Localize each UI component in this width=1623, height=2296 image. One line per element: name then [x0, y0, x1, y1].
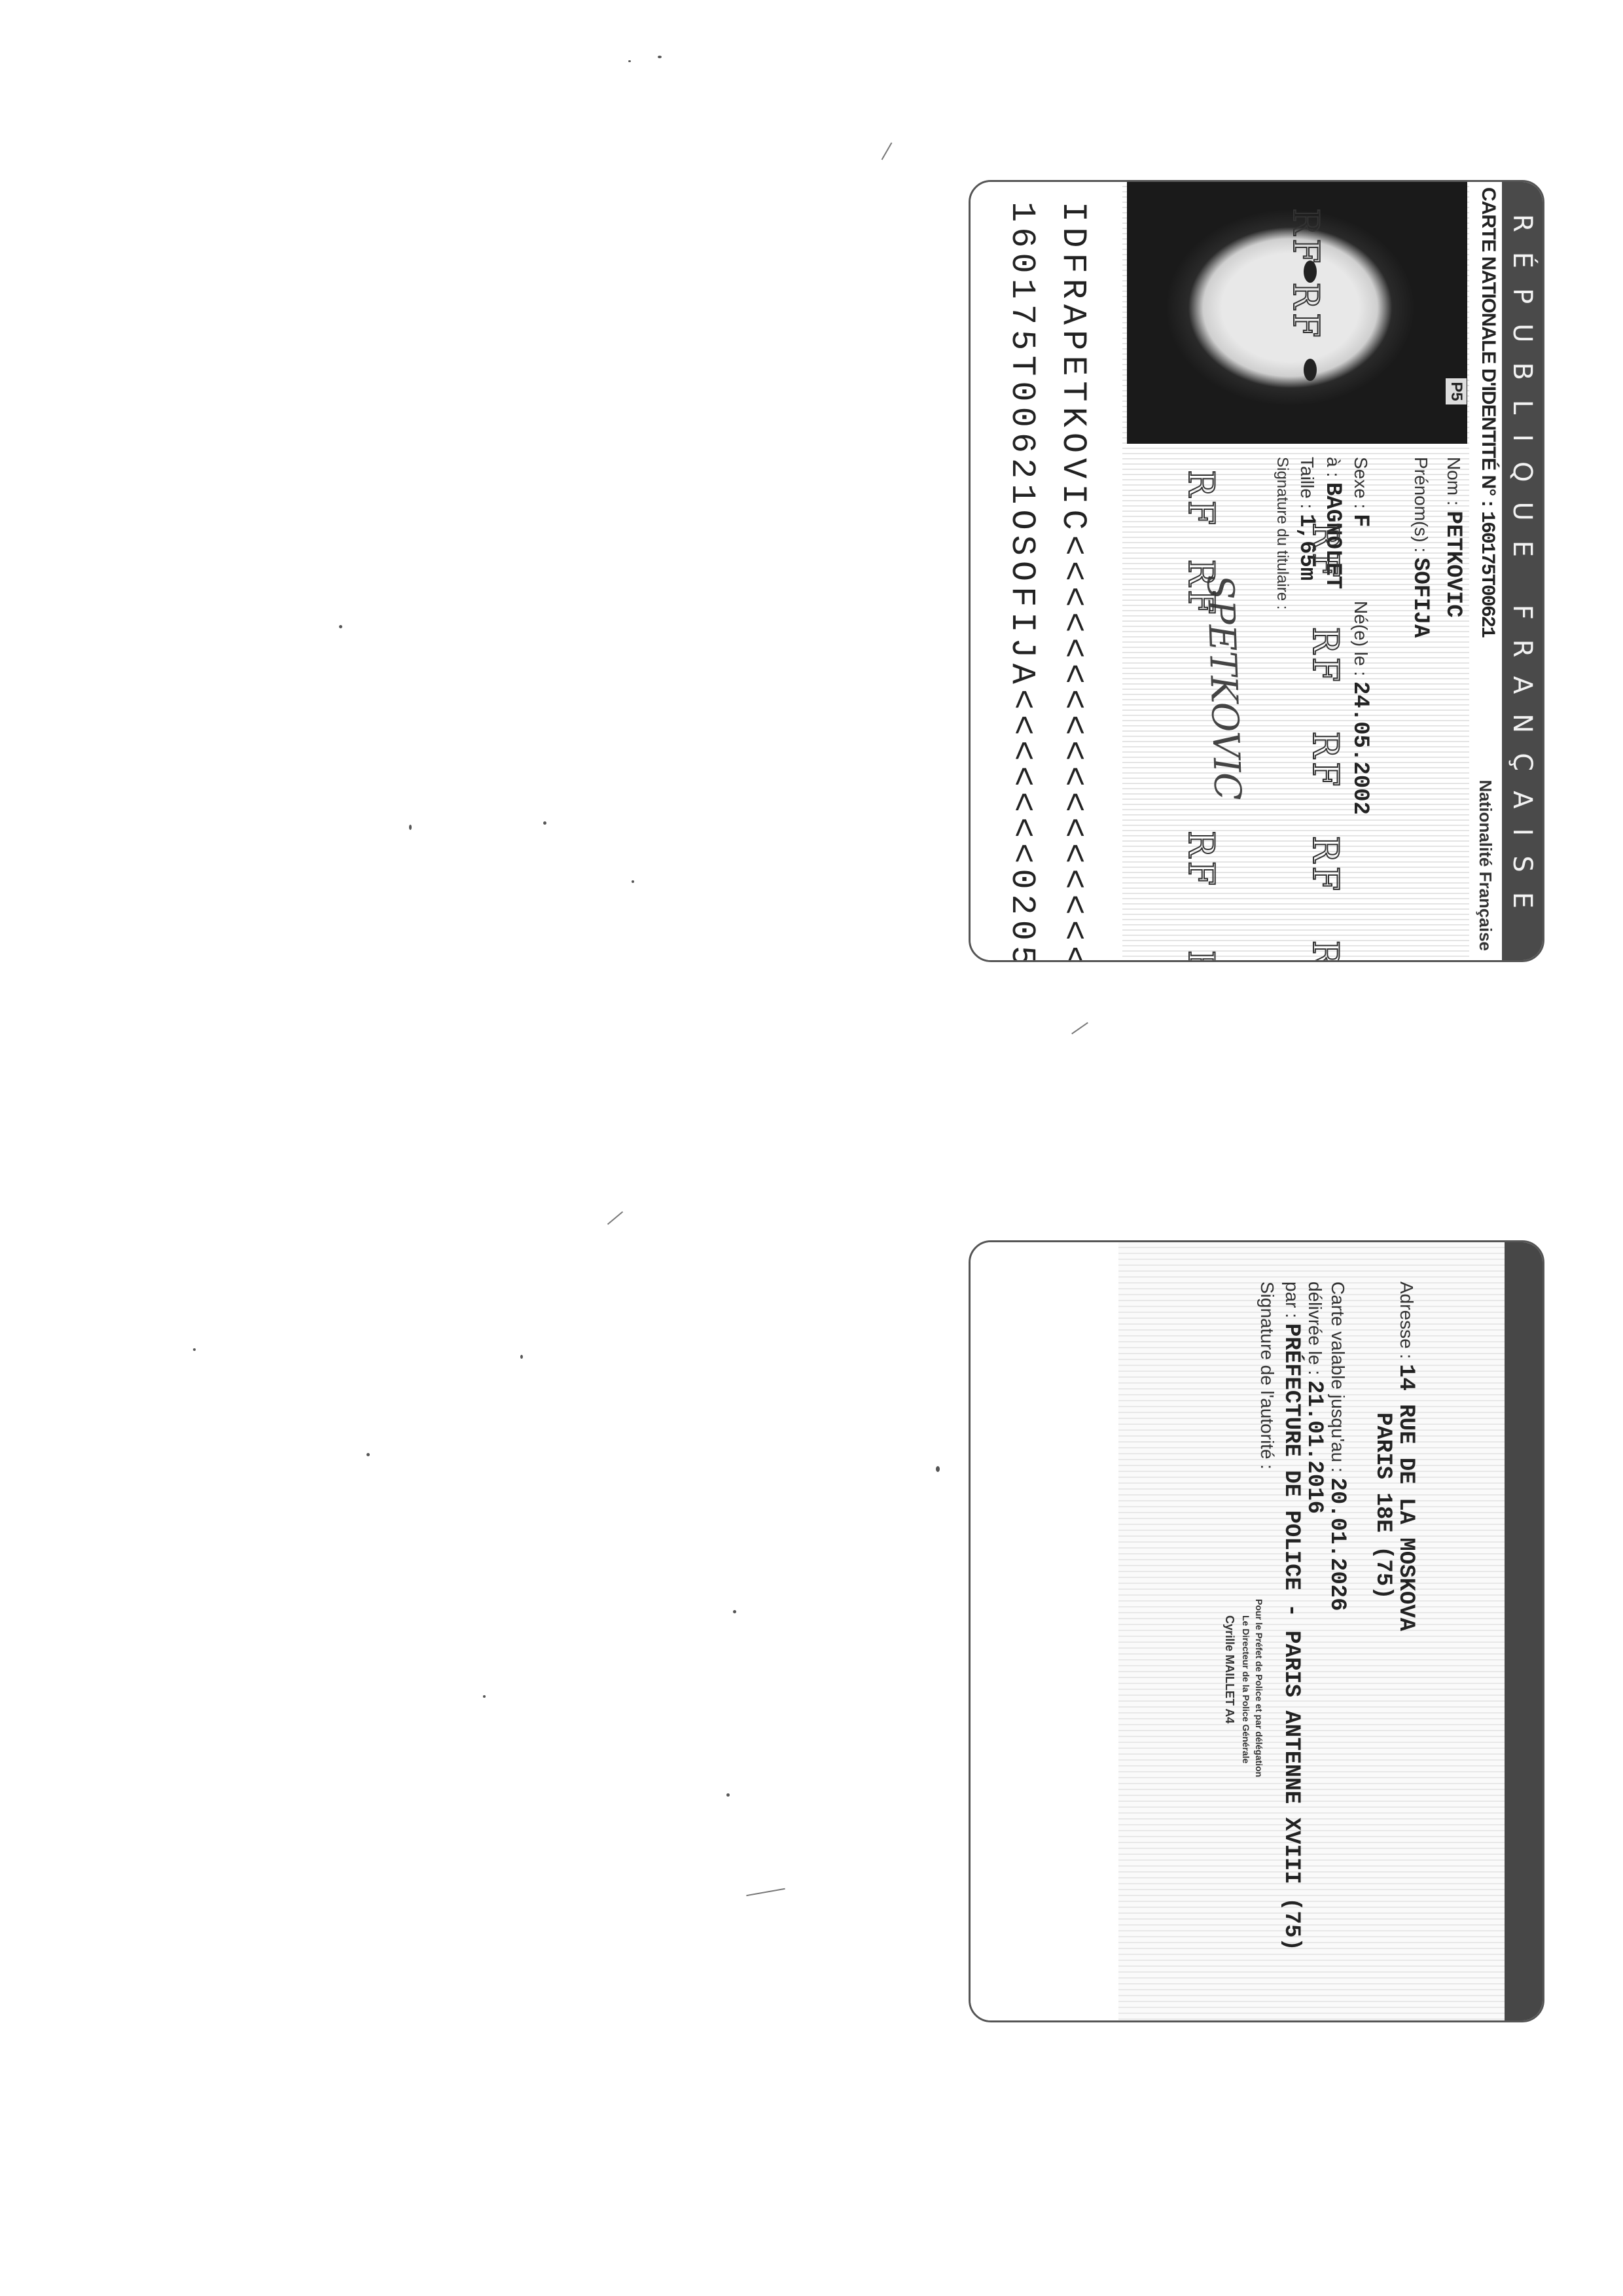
authority-note-1: Pour le Préfet de Police et par délégati… — [1254, 1599, 1264, 1777]
scan-speck — [339, 625, 342, 628]
id-card-front: RÉPUBLIQUE FRANÇAISE CARTE NATIONALE D'I… — [969, 180, 1544, 962]
scan-speck — [409, 825, 412, 830]
rf-watermark-row: RF RF RF RF — [1181, 470, 1222, 962]
scan-speck — [632, 880, 634, 883]
valid-until-label: Carte valable jusqu'au : — [1328, 1282, 1348, 1473]
given-names-label: Prénom(s) : — [1411, 457, 1431, 552]
scan-speck — [193, 1348, 196, 1351]
country-banner: RÉPUBLIQUE FRANÇAISE — [1502, 182, 1543, 960]
birth-date-value: 24.05.2002 — [1347, 681, 1372, 815]
blank-area — [971, 1242, 1118, 2020]
id-card-back-face: Adresse : 14 RUE DE LA MOSKOVA PARIS 18E… — [969, 1240, 1544, 2022]
authority-signature-label: Signature de l'autorité : — [1257, 1282, 1277, 1469]
scan-speck — [366, 1453, 370, 1456]
address-field: Adresse : 14 RUE DE LA MOSKOVA — [1393, 1282, 1418, 1631]
surname-value: PETKOVIC — [1440, 511, 1465, 617]
rf-watermark-row: RF RF RF RF RF — [1305, 522, 1346, 962]
valid-until-value: 20.01.2026 — [1325, 1478, 1349, 1611]
birth-date-field: Né(e) le : 24.05.2002 — [1347, 601, 1372, 815]
id-card-front-face: RÉPUBLIQUE FRANÇAISE CARTE NATIONALE D'I… — [969, 180, 1544, 962]
valid-until-field: Carte valable jusqu'au : 20.01.2026 — [1325, 1282, 1349, 1611]
address-line-1: 14 RUE DE LA MOSKOVA — [1393, 1364, 1418, 1631]
rf-watermark-photo: RF RF — [1285, 208, 1327, 341]
card-number: 160175T00621 — [1476, 511, 1498, 637]
mrz-line-1: IDFRAPETKOVIC<<<<<<<<<<<<<<<<<<<<<<75TQ0… — [1054, 202, 1092, 962]
scan-speck — [483, 1695, 486, 1698]
scan-mark — [746, 1888, 785, 1896]
scan-speck — [543, 821, 546, 825]
birth-date-label: Né(e) le : — [1351, 601, 1371, 676]
machine-readable-zone: IDFRAPETKOVIC<<<<<<<<<<<<<<<<<<<<<<75TQ0… — [971, 182, 1118, 960]
scan-speck — [658, 56, 662, 58]
photo-eye — [1304, 359, 1317, 381]
scan-speck — [733, 1610, 736, 1613]
mrz-line-2: 160175T00621OSOFIJA<<<<<<<0205241F5 — [1003, 202, 1041, 962]
given-names-field: Prénom(s) : SOFIJA — [1408, 457, 1433, 637]
id-card-back: Adresse : 14 RUE DE LA MOSKOVA PARIS 18E… — [969, 1240, 1544, 2022]
issued-on-value: 21.01.2016 — [1302, 1380, 1327, 1514]
sex-label: Sexe : — [1351, 457, 1371, 509]
scan-mark — [882, 143, 893, 160]
signature-label: Signature du titulaire : — [1273, 457, 1291, 609]
authority-name: Cyrille MAILLET A4 — [1222, 1615, 1236, 1723]
scan-mark — [607, 1211, 623, 1225]
surname-field: Nom : PETKOVIC — [1440, 457, 1465, 618]
given-names-value: SOFIJA — [1408, 558, 1433, 637]
scan-speck — [726, 1793, 730, 1797]
issued-by-value: PRÉFECTURE DE POLICE - PARIS ANTENNE XVI… — [1279, 1323, 1304, 1951]
card-title: CARTE NATIONALE D'IDENTITÉ N° : 160175T0… — [1468, 187, 1499, 637]
address-line-2: PARIS 18E (75) — [1370, 1412, 1395, 1600]
issued-by-label: par : — [1282, 1282, 1302, 1318]
address-label: Adresse : — [1397, 1282, 1417, 1359]
authority-note-2: Le Directeur de la Police Générale — [1241, 1615, 1251, 1763]
scan-speck — [628, 60, 631, 62]
scan-speck — [936, 1466, 940, 1472]
issued-on-field: délivrée le : 21.01.2016 — [1302, 1282, 1327, 1514]
sex-value: F — [1347, 514, 1372, 527]
nationality: Nationalité Française — [1475, 780, 1495, 951]
sex-field: Sexe : F — [1347, 457, 1372, 528]
height-label: Taille : — [1297, 457, 1317, 509]
birth-place-label: à : — [1323, 457, 1344, 477]
scan-mark — [1071, 1022, 1088, 1035]
scan-speck — [520, 1355, 523, 1359]
issued-on-label: délivrée le : — [1305, 1282, 1325, 1375]
magnetic-stripe — [1505, 1242, 1543, 2020]
card-title-label: CARTE NATIONALE D'IDENTITÉ N° : — [1478, 187, 1499, 507]
surname-label: Nom : — [1444, 457, 1464, 506]
issued-by-field: par : PRÉFECTURE DE POLICE - PARIS ANTEN… — [1279, 1282, 1304, 1951]
photo-tag: P5 — [1446, 378, 1467, 404]
